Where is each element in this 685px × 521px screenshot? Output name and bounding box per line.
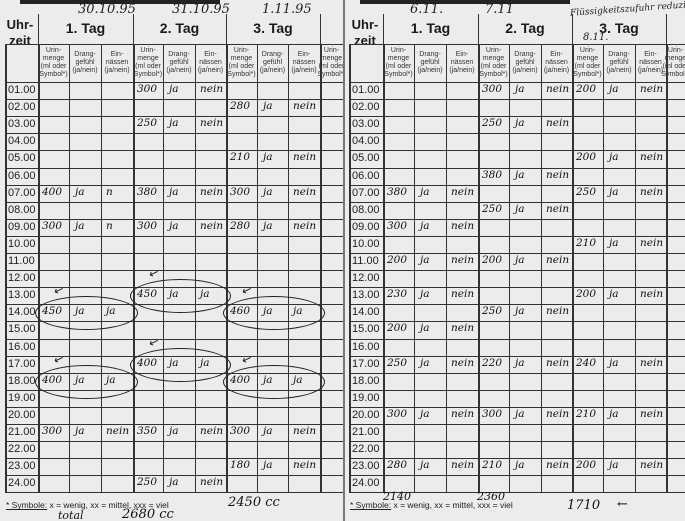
grid-line [541, 44, 542, 492]
binding-edge [360, 0, 570, 4]
wetting-value[interactable]: nein [200, 186, 223, 198]
urine-amount[interactable]: 210 [576, 408, 596, 420]
column-subheader: Drang-gefühl (ja/nein) [257, 45, 288, 81]
hour-label: 23.00 [8, 460, 36, 472]
hour-label: 17.00 [8, 358, 36, 370]
column-subheader: Drang-gefühl (ja/nein) [414, 45, 446, 81]
hour-label: 21.00 [352, 426, 380, 438]
diary-sheet-right: Uhr-zeit6.11.7.118.11.Flüssigkeitszufuhr… [345, 0, 685, 521]
hour-label: 10.00 [352, 238, 380, 250]
urine-amount[interactable]: 380 [137, 186, 157, 198]
hour-label: 10.00 [8, 238, 36, 250]
wetting-value[interactable]: nein [640, 83, 663, 95]
diary-sheet-left: Uhr-zeit30.10.9531.10.951.11.951. Tag2. … [0, 0, 343, 521]
urge-value[interactable]: ja [515, 117, 525, 129]
grid-line [195, 44, 196, 492]
wetting-value[interactable]: nein [200, 476, 223, 488]
wetting-value[interactable]: nein [546, 305, 569, 317]
hour-label: 07.00 [352, 187, 380, 199]
hour-label: 18.00 [352, 375, 380, 387]
urine-amount[interactable]: 180 [230, 459, 250, 471]
urine-amount[interactable]: 200 [576, 288, 596, 300]
urine-amount[interactable]: 300 [482, 408, 502, 420]
day-label-3: 3. Tag [572, 20, 666, 36]
column-subheader: Ein-nässen (ja/nein) [101, 45, 133, 81]
wetting-value[interactable]: nein [200, 117, 223, 129]
urge-value[interactable]: ja [420, 220, 430, 232]
wetting-value[interactable]: nein [200, 220, 223, 232]
grid-line [5, 441, 343, 442]
hour-label: 12.00 [8, 272, 36, 284]
urge-value[interactable]: ja [515, 254, 525, 266]
urge-value[interactable]: ja [609, 151, 619, 163]
wetting-value[interactable]: nein [451, 254, 474, 266]
urge-value[interactable]: ja [515, 203, 525, 215]
urine-amount[interactable]: 250 [387, 357, 407, 369]
urge-value[interactable]: ja [420, 254, 430, 266]
arrow-down-icon: ↙ [52, 350, 66, 367]
grid-line [509, 44, 510, 492]
arrow-down-icon: ↙ [240, 282, 254, 299]
hour-label: 20.00 [8, 409, 36, 421]
circled-entry-marker [130, 279, 231, 313]
grid-line [603, 44, 604, 492]
hour-label: 08.00 [352, 204, 380, 216]
wetting-value[interactable]: nein [293, 425, 316, 437]
urine-amount[interactable]: 200 [387, 254, 407, 266]
grid-line [5, 202, 343, 203]
grid-line [320, 44, 322, 492]
urge-value[interactable]: ja [515, 357, 525, 369]
urge-value[interactable]: ja [515, 459, 525, 471]
hour-label: 22.00 [8, 443, 36, 455]
urge-value[interactable]: ja [420, 186, 430, 198]
urine-amount[interactable]: 300 [387, 220, 407, 232]
grand-total: 2680 cc [122, 507, 174, 521]
wetting-value[interactable]: nein [451, 186, 474, 198]
column-subheader: Ein-nässen (ja/nein) [541, 45, 572, 81]
urine-amount[interactable]: 200 [576, 459, 596, 471]
handwritten-note: Flüssigkeitszufuhr reduziert! [570, 0, 685, 19]
column-subheader: Urin-menge (ml oder Symbol*) [38, 45, 69, 81]
urine-amount[interactable]: 240 [576, 357, 596, 369]
grid-line [349, 44, 351, 492]
urge-value[interactable]: ja [75, 220, 85, 232]
grid-line [5, 168, 343, 169]
urine-amount[interactable]: 250 [482, 305, 502, 317]
day-label-1: 1. Tag [383, 20, 478, 36]
grid-line [635, 44, 636, 492]
urine-amount[interactable]: 300 [387, 408, 407, 420]
hour-label: 06.00 [352, 170, 380, 182]
hour-label: 09.00 [352, 221, 380, 233]
hour-label: 24.00 [352, 477, 380, 489]
hour-label: 02.00 [8, 101, 36, 113]
grid-line [226, 14, 227, 44]
total-label: total [58, 509, 84, 521]
urge-value[interactable]: ja [420, 357, 430, 369]
urine-amount[interactable]: 300 [482, 83, 502, 95]
hour-label: 01.00 [352, 84, 380, 96]
wetting-value[interactable]: nein [546, 408, 569, 420]
legend-label: * Symbole: [6, 500, 47, 510]
grid-line [5, 492, 343, 493]
urine-amount[interactable]: 300 [42, 220, 62, 232]
hour-label: 09.00 [8, 221, 36, 233]
grid-line [288, 44, 289, 492]
urine-amount[interactable]: 250 [137, 117, 157, 129]
hour-label: 11.00 [352, 255, 379, 267]
urge-value[interactable]: ja [420, 288, 430, 300]
urge-value[interactable]: ja [420, 408, 430, 420]
circled-entry-marker [223, 296, 325, 330]
wetting-value[interactable]: nein [546, 459, 569, 471]
urge-value[interactable]: ja [420, 322, 430, 334]
grid-line [478, 14, 479, 44]
hour-label: 01.00 [8, 84, 36, 96]
wetting-value[interactable]: nein [106, 425, 129, 437]
day-date-1: 30.10.95 [78, 2, 136, 17]
grid-line [5, 236, 343, 237]
urge-value[interactable]: ja [263, 151, 273, 163]
urine-amount[interactable]: 400 [42, 186, 62, 198]
hour-label: 11.00 [8, 255, 35, 267]
grid-line [5, 270, 343, 271]
hour-label: 15.00 [8, 323, 36, 335]
hour-label: 13.00 [352, 289, 380, 301]
urine-amount[interactable]: 300 [230, 425, 250, 437]
wetting-value[interactable]: nein [451, 459, 474, 471]
daily-total-day-2: 2360 [477, 490, 505, 503]
wetting-value[interactable]: nein [200, 425, 223, 437]
column-subheader: Ein-nässen (ja/nein) [195, 45, 226, 81]
urine-amount[interactable]: 280 [387, 459, 407, 471]
arrow-down-icon: ↙ [147, 265, 161, 282]
urine-amount[interactable]: 250 [137, 476, 157, 488]
urine-amount[interactable]: 300 [42, 425, 62, 437]
hour-label: 04.00 [352, 135, 380, 147]
hour-label: 24.00 [8, 477, 36, 489]
urge-value[interactable]: ja [609, 83, 619, 95]
column-subheader: Drang-gefühl (ja/nein) [603, 45, 635, 81]
column-subheader: Urin-menge (ml oder Symbol*) [666, 45, 685, 81]
day-date-1: 6.11. [410, 2, 443, 17]
urge-value[interactable]: ja [263, 220, 273, 232]
urge-value[interactable]: ja [263, 459, 273, 471]
wetting-value[interactable]: nein [640, 151, 663, 163]
wetting-value[interactable]: nein [640, 408, 663, 420]
wetting-value[interactable]: n [106, 220, 113, 232]
grid-line [226, 44, 228, 492]
arrow-down-icon: ↙ [240, 350, 254, 367]
hour-label: 18.00 [8, 375, 36, 387]
wetting-value[interactable]: nein [640, 288, 663, 300]
urge-value[interactable]: ja [169, 425, 179, 437]
urine-amount[interactable]: 250 [482, 203, 502, 215]
urge-value[interactable]: ja [169, 220, 179, 232]
day-label-1: 1. Tag [38, 20, 133, 36]
urge-value[interactable]: ja [169, 186, 179, 198]
urge-value[interactable]: ja [515, 305, 525, 317]
grid-line [5, 253, 343, 254]
urge-value[interactable]: ja [609, 288, 619, 300]
arrow-down-icon: ↙ [147, 333, 161, 350]
hour-label: 14.00 [8, 306, 36, 318]
daily-total: 2450 cc [228, 495, 280, 510]
urge-value[interactable]: ja [169, 476, 179, 488]
column-subheader: Drang-gefühl (ja/nein) [69, 45, 101, 81]
grid-line [101, 44, 102, 492]
urge-value[interactable]: ja [515, 408, 525, 420]
grid-line [320, 14, 321, 44]
urine-amount[interactable]: 200 [576, 83, 596, 95]
arrow-down-icon: ↙ [52, 282, 66, 299]
wetting-value[interactable]: nein [451, 357, 474, 369]
circled-entry-marker [35, 296, 138, 330]
column-subheader: Urin-menge (ml oder Symbol*) [572, 45, 603, 81]
column-subheader: Drang-gefühl (ja/nein) [163, 45, 195, 81]
day-label-2: 2. Tag [478, 20, 572, 36]
grid-line [5, 133, 343, 134]
wetting-value[interactable]: nein [546, 83, 569, 95]
grid-line [666, 14, 667, 44]
circled-entry-marker [35, 365, 138, 399]
hour-label: 23.00 [352, 460, 380, 472]
day-date-2: 7.11 [485, 2, 514, 17]
urine-amount[interactable]: 220 [482, 357, 502, 369]
urge-value[interactable]: ja [169, 83, 179, 95]
column-subheader: Ein-nässen (ja/nein) [288, 45, 320, 81]
urine-amount[interactable]: 250 [482, 117, 502, 129]
wetting-value[interactable]: nein [546, 254, 569, 266]
wetting-value[interactable]: nein [546, 117, 569, 129]
grid-line [414, 44, 415, 492]
urine-amount[interactable]: 200 [482, 254, 502, 266]
urine-amount[interactable]: 210 [576, 237, 596, 249]
hour-label: 15.00 [352, 323, 380, 335]
hour-label: 05.00 [8, 152, 36, 164]
hour-label: 21.00 [8, 426, 36, 438]
wetting-value[interactable]: n [106, 186, 113, 198]
hour-label: 20.00 [352, 409, 380, 421]
hour-label: 16.00 [8, 341, 36, 353]
daily-total-day-1: 2140 [383, 490, 411, 503]
urge-value[interactable]: ja [263, 186, 273, 198]
urge-value[interactable]: ja [263, 425, 273, 437]
day-date-2: 31.10.95 [172, 2, 230, 17]
urge-value[interactable]: ja [169, 117, 179, 129]
hour-label: 14.00 [352, 306, 380, 318]
grid-line [572, 14, 573, 44]
urine-amount[interactable]: 250 [576, 186, 596, 198]
wetting-value[interactable]: nein [451, 408, 474, 420]
wetting-value[interactable]: nein [640, 237, 663, 249]
column-subheader: Urin-menge (ml oder Symbol*) [133, 45, 163, 81]
wetting-value[interactable]: nein [546, 357, 569, 369]
column-subheader: Drang-gefühl (ja/nein) [509, 45, 541, 81]
urge-value[interactable]: ja [609, 186, 619, 198]
wetting-value[interactable]: nein [451, 220, 474, 232]
day-label-2: 2. Tag [133, 20, 226, 36]
hour-label: 19.00 [352, 392, 380, 404]
grid-line [38, 14, 39, 44]
column-subheader: Urin-menge (ml oder Symbol*) [478, 45, 509, 81]
urine-amount[interactable]: 380 [482, 169, 502, 181]
wetting-value[interactable]: nein [640, 357, 663, 369]
hour-label: 07.00 [8, 187, 36, 199]
hour-label: 06.00 [8, 170, 36, 182]
grid-line [133, 14, 134, 44]
grid-line [446, 44, 447, 492]
grid-line [383, 14, 384, 44]
hour-label: 19.00 [8, 392, 36, 404]
wetting-value[interactable]: nein [640, 186, 663, 198]
daily-total-day-3: 1710 [567, 498, 600, 513]
wetting-value[interactable]: nein [451, 288, 474, 300]
urge-value[interactable]: ja [609, 357, 619, 369]
hour-label: 08.00 [8, 204, 36, 216]
wetting-value[interactable]: nein [293, 100, 316, 112]
circled-entry-marker [130, 348, 231, 382]
day-label-3: 3. Tag [226, 20, 320, 36]
urine-amount[interactable]: 280 [230, 220, 250, 232]
urine-amount[interactable]: 380 [387, 186, 407, 198]
grid-line [257, 44, 258, 492]
urine-amount[interactable]: 300 [230, 186, 250, 198]
wetting-value[interactable]: nein [546, 169, 569, 181]
urge-value[interactable]: ja [75, 425, 85, 437]
hour-label: 05.00 [352, 152, 380, 164]
wetting-value[interactable]: nein [451, 322, 474, 334]
hour-label: 03.00 [8, 118, 36, 130]
urine-amount[interactable]: 200 [576, 151, 596, 163]
urge-value[interactable]: ja [609, 459, 619, 471]
grid-line [38, 44, 40, 492]
column-subheader: Ein-nässen (ja/nein) [446, 45, 478, 81]
grid-line [69, 44, 70, 492]
urge-value[interactable]: ja [75, 186, 85, 198]
urge-value[interactable]: ja [515, 83, 525, 95]
urge-value[interactable]: ja [420, 459, 430, 471]
wetting-value[interactable]: nein [640, 459, 663, 471]
hour-label: 13.00 [8, 289, 36, 301]
grid-line [5, 407, 343, 408]
wetting-value[interactable]: nein [293, 186, 316, 198]
hour-label: 02.00 [352, 101, 380, 113]
hour-label: 17.00 [352, 358, 380, 370]
grid-line [5, 44, 7, 492]
urine-amount[interactable]: 210 [230, 151, 250, 163]
urine-amount[interactable]: 300 [137, 220, 157, 232]
hour-label: 16.00 [352, 341, 380, 353]
wetting-value[interactable]: nein [200, 83, 223, 95]
grid-line [133, 44, 135, 492]
hour-label: 12.00 [352, 272, 380, 284]
arrow-left-icon: ← [617, 497, 628, 512]
grid-line [572, 44, 574, 492]
hour-label: 22.00 [352, 443, 380, 455]
wetting-value[interactable]: nein [293, 459, 316, 471]
wetting-value[interactable]: nein [293, 220, 316, 232]
column-subheader: Urin-menge (ml oder Symbol*) [383, 45, 414, 81]
grid-line [5, 44, 343, 45]
day-date-3: 1.11.95 [262, 2, 312, 17]
urge-value[interactable]: ja [263, 100, 273, 112]
urine-amount[interactable]: 200 [387, 322, 407, 334]
wetting-value[interactable]: nein [546, 203, 569, 215]
urine-amount[interactable]: 350 [137, 425, 157, 437]
wetting-value[interactable]: nein [293, 151, 316, 163]
grid-line [383, 44, 385, 492]
urine-amount[interactable]: 300 [137, 83, 157, 95]
hour-label: 04.00 [8, 135, 36, 147]
urge-value[interactable]: ja [515, 169, 525, 181]
grid-line [163, 44, 164, 492]
grid-line [666, 44, 668, 492]
urine-amount[interactable]: 210 [482, 459, 502, 471]
grid-line [5, 339, 343, 340]
column-subheader: Urin-menge (ml oder Symbol*) [226, 45, 257, 81]
urge-value[interactable]: ja [609, 408, 619, 420]
urine-amount[interactable]: 230 [387, 288, 407, 300]
column-subheader: Urin-menge (ml oder Symbol*) [320, 45, 343, 81]
grid-line [478, 44, 480, 492]
urine-amount[interactable]: 280 [230, 100, 250, 112]
hour-label: 03.00 [352, 118, 380, 130]
urge-value[interactable]: ja [609, 237, 619, 249]
circled-entry-marker [223, 365, 325, 399]
